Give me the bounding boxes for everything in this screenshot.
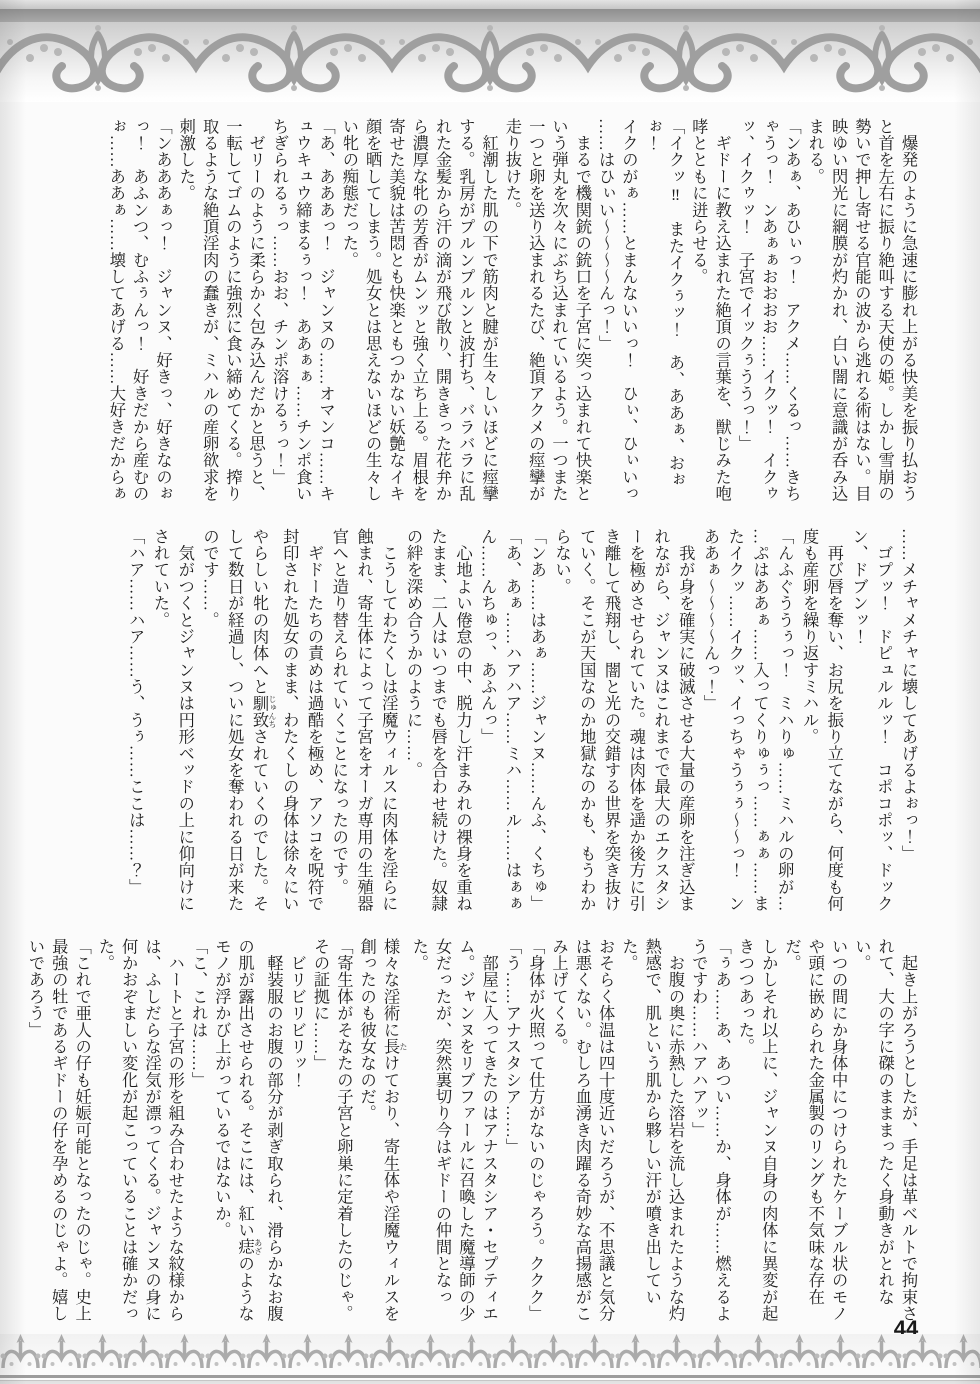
text-column: 顔を晒してしまう。処女とは思えないほどの生々し: [361, 118, 384, 518]
text-column: 一つと卵を送り込まれるたび、絶頂アクメの痙攣が: [524, 118, 547, 518]
text-column: 「寄生体がそなたの子宮と卵巣に定着したのじゃ。: [332, 938, 355, 1338]
text-column: 寄せた美貌は苦悶とも快楽ともつかない妖艶なイキ: [384, 118, 407, 518]
text-column: 爆発のように急速に膨れ上がる快美を振り払おう: [897, 118, 920, 518]
text-column: されていた。: [147, 528, 172, 928]
text-column: 「これで亜人の仔も妊娠可能となったのじゃ。史上: [70, 938, 93, 1338]
top-scroll-lace: [0, 22, 980, 102]
text-column: れながら、ジャンヌはこれまでで最大のエクスタシ: [648, 528, 673, 928]
text-column: き離して飛翔し、闇と光の交錯する世界を突き抜け: [598, 528, 623, 928]
text-column: ていく。そこが天国なのか地獄なのかも、もうわか: [574, 528, 599, 928]
text-column: 我が身を確実に破滅させる大量の産卵を注ぎ込ま: [673, 528, 698, 928]
text-column: っ！ あふンつ、むふぅんっ！ 好きだから産むの: [128, 118, 151, 518]
text-column: 部屋に入ってきたのはアナスタシア・セプティエ: [477, 938, 500, 1338]
text-column: うですわ……ハアハアッ」: [687, 938, 710, 1338]
text-block-bottom: 起き上がろうとしたが、手足は革ベルトで拘束されて、大の字に磔のまままったく身動き…: [124, 938, 920, 1338]
text-column: 映ゆい閃光に網膜が灼かれ、白い闇に意識が呑み込: [827, 118, 850, 518]
text-column: ……メチャメチャに壊してあげるよぉっ！」: [895, 528, 920, 928]
text-column: たイクッ……イクッ、イっちゃうぅぅ〜〜っ！ ン: [722, 528, 747, 928]
text-column: 女だったが、突然裏切り今はギドーの仲間となった。: [407, 938, 454, 1338]
text-column: きつつあった。: [734, 938, 757, 1338]
text-column: と首を左右に振り絶叫する天使の姫。しかし雪崩の: [873, 118, 896, 518]
text-column: 走り抜けた。: [501, 118, 524, 518]
text-column: ギドーに教え込まれた絶頂の言葉を、獣じみた咆: [710, 118, 733, 518]
text-column: たまま、二人はいつまでも唇を合わせ続けた。奴隷: [425, 528, 450, 928]
scrollwork-pattern-icon: [0, 22, 980, 102]
text-column: 「イクッ‼ またイクぅッ！ あ、ああぁ、おぉぉ！: [640, 118, 687, 518]
text-column: おそらく体温は四十度近いだろうが、不思議と気分: [594, 938, 617, 1338]
text-column: 心地よい倦怠の中、脱力し汗まみれの裸身を重ね: [450, 528, 475, 928]
text-column: 「んふぐううぅっ！ ミハりゅ……ミハルの卵が…: [772, 528, 797, 928]
text-block-top: 爆発のように急速に膨れ上がる快美を振り払おうと首を左右に振り絶叫する天使の姫。し…: [124, 118, 920, 518]
ornamental-bottom-border: [0, 1334, 980, 1384]
text-column: 「ぅあ……あ、あつい……か、身体が……燃えるよ: [710, 938, 733, 1338]
arch-fleur-pattern-icon: [0, 1334, 980, 1368]
text-column: 封印された処女のまま、わたくしの身体は徐々にい: [277, 528, 302, 928]
text-column: み上げてくる。: [547, 938, 570, 1338]
top-edge-strip: [0, 0, 980, 9]
text-column: する。乳房がプルンプルンと波打ち、バラバラに乱: [454, 118, 477, 518]
text-column: 紅潮した肌の下で筋肉と腱が生々しいほどに痙攣: [477, 118, 500, 518]
text-column: の肌が露出させられる。そこには、紅い痣あざのような: [233, 938, 262, 1338]
text-column: 取るような絶頂淫肉の蠢きが、ミハルの産卵欲求を: [198, 118, 221, 518]
text-column: 「ンあああぁっ！ ジャンヌ、好きっ、好きなのぉ: [151, 118, 174, 518]
text-column: 創ったのも彼女なのだ。: [355, 938, 378, 1338]
text-column: 「あ、あああっ！ ジャンヌの……オマンコ……キ: [314, 118, 337, 518]
text-column: ……はひぃい〜〜〜〜んっ！」: [594, 118, 617, 518]
text-column: ビリビリビリッ！: [285, 938, 308, 1338]
text-column: の絆を深め合うかのように……。: [400, 528, 425, 928]
text-column: ぉ……ああぁ……壊してあげる……大好きだからぁ: [105, 118, 128, 518]
text-column: や頭に嵌められた金属製のリングも不気味な存在だ。: [780, 938, 827, 1338]
text-column: 哮とともに迸らせる。: [687, 118, 710, 518]
text-column: いであろう」: [24, 938, 47, 1338]
text-column: こうしてわたくしは淫魔ウィルスに肉体を淫らに: [376, 528, 401, 928]
text-column: ハートと子宮の形を組み合わせたような紋様から: [164, 938, 187, 1338]
text-column: れた金髪から汗の滴が飛び散り、開ききった花弁か: [431, 118, 454, 518]
text-column: いつの間にか身体中につけられたケーブル状のモノ: [827, 938, 850, 1338]
text-column: ッ、イクゥッ！ 子宮でイックぅううっ！」: [734, 118, 757, 518]
text-column: 「こ、これは……」: [187, 938, 210, 1338]
text-column: 熱感で、肌という肌から夥しい汗が噴き出していた。: [617, 938, 664, 1338]
text-column: 気がつくとジャンヌは円形ベッドの上に仰向けに: [172, 528, 197, 928]
text-column: ーを極めさせられていた。魂は肉体を遥か後方に引: [623, 528, 648, 928]
text-column: その証拠に……」: [309, 938, 332, 1338]
text-column: 「身体が火照って仕方がないのじゃろう。ククク」: [524, 938, 547, 1338]
right-scan-shadow: [954, 0, 980, 1384]
text-column: 刺激した。: [175, 118, 198, 518]
text-column: ん……んちゅっ、あふんっ」: [475, 528, 500, 928]
text-column: 度も産卵を繰り返すミハル。: [796, 528, 821, 928]
text-column: ン、ドブンッ！: [846, 528, 871, 928]
text-column: ちぎられるぅっ……おお、チンポ溶けるぅっ！」: [268, 118, 291, 518]
text-column: のです……。: [197, 528, 222, 928]
bottom-rule-thick: [0, 1375, 980, 1378]
text-column: ゴプッ！ ドピュルルッ！ コポコポッ、ドック: [871, 528, 896, 928]
text-column: …ぷはああぁ……入ってくりゅぅっ……ぁぁ……ま: [747, 528, 772, 928]
text-column: 再び唇を奪い、お尻を振り立てながら、何度も何: [821, 528, 846, 928]
text-column: 「ンあぁ、あひぃっ！ アクメ……くるっ……きち: [780, 118, 803, 518]
text-column: い牝の痴態だった。: [338, 118, 361, 518]
text-column: 一転してゴムのように強烈に食い締めてくる。搾り: [221, 118, 244, 518]
text-column: まるで機関銃の銃口を子宮に突っ込まれて快楽と: [571, 118, 594, 518]
text-column: 「う……アナスタシア……」: [501, 938, 524, 1338]
text-column: ム。ジャンヌをリブファールに召喚した魔導師の少: [454, 938, 477, 1338]
text-column: れて、大の字に磔のまままったく身動きがとれない。: [850, 938, 897, 1338]
text-column: 「ンあ……はあぁ……ジャンヌ……んふ、くちゅ」: [524, 528, 549, 928]
text-column: まれる。: [804, 118, 827, 518]
text-column: ら濃厚な牝の芳香がムンッと強く立ち上る。眉根を: [407, 118, 430, 518]
left-scan-shadow: [0, 0, 26, 1384]
text-column: 何かおぞましい変化が起こっていることは確かだっ: [117, 938, 140, 1338]
text-column: 様々な淫術に長たけており、寄生体や淫魔ウィルスを: [379, 938, 408, 1338]
text-column: 勢いで押し寄せる官能の波から逃れる術はない。目: [850, 118, 873, 518]
text-column: ゃうっ！ ンあぁぁおおおお……イクッ！ イクゥ: [757, 118, 780, 518]
text-column: イクのがぁ……とまんないいっ！ ひぃ、ひぃいっ: [617, 118, 640, 518]
text-column: しかしそれ以上に、ジャンヌ自身の肉体に異変が起: [757, 938, 780, 1338]
text-block-middle: ……メチャメチャに壊してあげるよぉっ！」 ゴプッ！ ドピュルルッ！ コポコポッ、…: [124, 528, 920, 928]
ornamental-top-border: [0, 0, 980, 102]
text-column: 起き上がろうとしたが、手足は革ベルトで拘束さ: [897, 938, 920, 1338]
text-column: ゼリーのように柔らかく包み込んだかと思うと、: [244, 118, 267, 518]
text-column: 官へと造り替えられていくことになったのです。: [326, 528, 351, 928]
text-column: らない。: [549, 528, 574, 928]
text-column: いう弾丸を次々にぶち込まれているよう。一つまた: [547, 118, 570, 518]
text-column: た。: [94, 938, 117, 1338]
text-column: ュウキュウ締まるぅっ！ ああぁぁ……チンポ食い: [291, 118, 314, 518]
text-column: ギドーたちの責めは過酷を極め、アソコを呪符で: [301, 528, 326, 928]
text-column: 「あ、あぁ……ハアハア……ミハ……ル……はぁぁ: [499, 528, 524, 928]
text-column: して数日が経過し、ついに処女を奪われる日が来た: [222, 528, 247, 928]
text-column: 蝕まれ、寄生体によって子宮をオーガ専用の生殖器: [351, 528, 376, 928]
text-column: 最強の牡であるギドーの仔を孕めるのじゃよ。嬉し: [47, 938, 70, 1338]
top-gray-bar: [0, 9, 980, 22]
text-column: やらしい牝の肉体へと馴致じゅんちされていくのでした。そ: [246, 528, 276, 928]
novel-page: 爆発のように急速に膨れ上がる快美を振り払おうと首を左右に振り絶叫する天使の姫。し…: [0, 0, 980, 1384]
text-column: は悪くない。むしろ血湧き肉躍る奇妙な高揚感がこ: [571, 938, 594, 1338]
text-column: モノが浮かび上がっているではないか。: [210, 938, 233, 1338]
text-column: ああぁ〜〜〜〜んっ！」: [697, 528, 722, 928]
text-column: 軽装服のお腹の部分が剥ぎ取られ、滑らかなお腹: [262, 938, 285, 1338]
text-column: は、ふしだらな淫気が漂ってくる。ジャンヌの身に: [140, 938, 163, 1338]
text-column: お腹の奥に赤熱した溶岩を流し込まれたような灼: [664, 938, 687, 1338]
text-column: 「ハア……ハア……う、うぅ……ここは……？」: [123, 528, 148, 928]
